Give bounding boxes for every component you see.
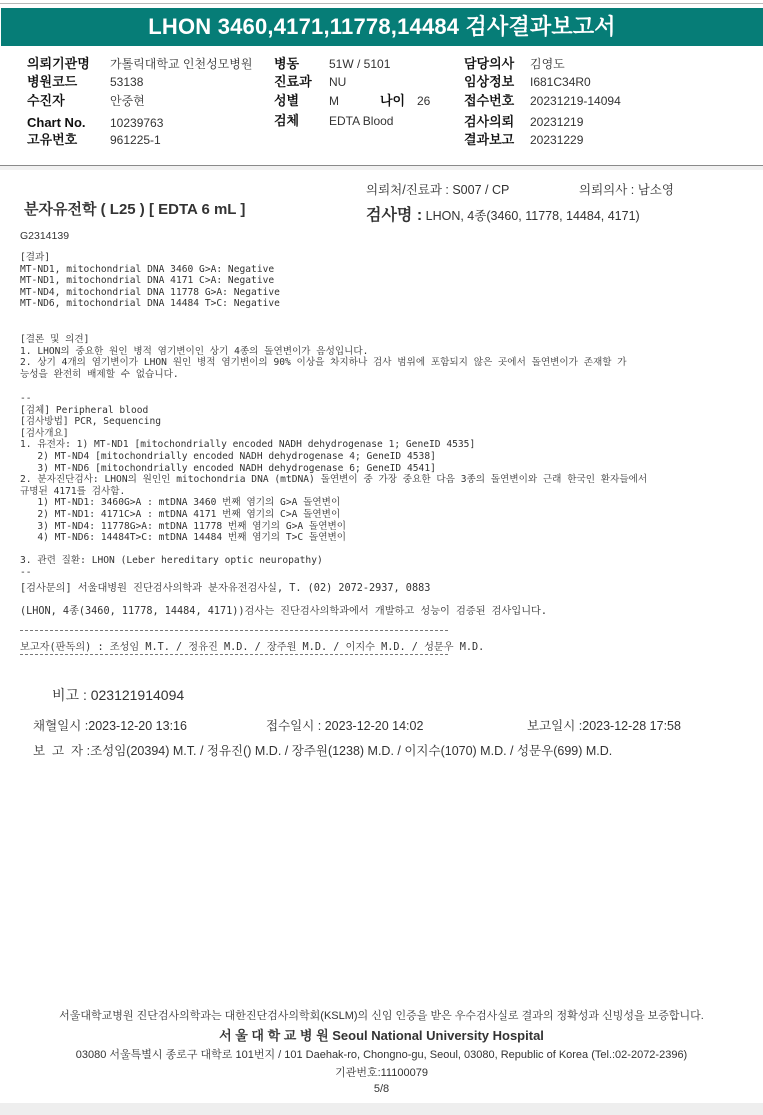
report-value: 2023-12-28 17:58 [582, 719, 681, 733]
test-name: 검사명 : LHON, 4종(3460, 11778, 14484, 4171) [366, 202, 640, 225]
section-title: 분자유전학 ( L25 ) [ EDTA 6 mL ] [24, 198, 245, 219]
report-label: 보고일시 : [527, 719, 582, 733]
results-block: [결과] MT-ND1, mitochondrial DNA 3460 G>A:… [20, 252, 280, 310]
age-value: 26 [417, 92, 430, 110]
method-block: -- [검체] Peripheral blood [검사방법] PCR, Seq… [20, 393, 647, 579]
dashed-line-top [20, 630, 448, 631]
receipt-time: 접수일시 : 2023-12-20 14:02 [266, 716, 423, 734]
department-label: 진료과 [274, 73, 312, 91]
hospital-name: 서 울 대 학 교 병 원 Seoul National University … [0, 1025, 763, 1044]
collection-time: 채혈일시 :2023-12-20 13:16 [33, 716, 187, 734]
specimen-value: EDTA Blood [329, 112, 393, 130]
certification-text: 서울대학교병원 진단검사의학과는 대한진단검사의학회(KSLM)의 신임 인증을… [0, 1007, 763, 1023]
hospital-code-label: 병원코드 [27, 73, 77, 91]
institution-value: 가톨릭대학교 인천성모병원 [110, 55, 252, 73]
dashed-line-bottom [20, 654, 448, 655]
specimen-code: G2314139 [20, 230, 69, 242]
request-date-label: 검사의뢰 [464, 113, 514, 131]
unique-id-value: 961225-1 [110, 131, 161, 149]
validation-line: (LHON, 4종(3460, 11778, 14484, 4171))검사는 … [20, 602, 547, 617]
clinical-info-value: I681C34R0 [530, 73, 591, 91]
sex-value: M [329, 92, 339, 110]
referral-department: 의뢰처/진료과 : S007 / CP [366, 180, 509, 198]
remark-label: 비고 : [52, 687, 87, 703]
report-title: LHON 3460,4171,11778,14484 검사결과보고서 [1, 8, 763, 46]
report-time: 보고일시 :2023-12-28 17:58 [527, 716, 681, 734]
reporter-label: 보 고 자 : [33, 744, 90, 758]
unique-id-label: 고유번호 [27, 131, 77, 149]
institution-label: 의뢰기관명 [27, 55, 90, 73]
test-name-value: LHON, 4종(3460, 11778, 14484, 4171) [422, 209, 640, 223]
chart-no-value: 10239763 [110, 114, 163, 132]
accession-no-value: 20231219-14094 [530, 92, 621, 110]
conclusion-block: [결론 및 의견] 1. LHON의 중요한 원인 병적 염기변이인 상기 4종… [20, 334, 627, 380]
divider-shade [0, 166, 763, 170]
physician-value: 김영도 [530, 55, 565, 73]
age-label: 나이 [380, 92, 405, 110]
patient-value: 안중현 [110, 92, 145, 110]
chart-no-label: Chart No. [27, 114, 86, 132]
sex-label: 성별 [274, 92, 299, 110]
accession-no-label: 접수번호 [464, 92, 514, 110]
department-value: NU [329, 73, 346, 91]
report-date-label: 결과보고 [464, 131, 514, 149]
patient-label: 수진자 [27, 92, 65, 110]
collection-value: 2023-12-20 13:16 [88, 719, 187, 733]
remark-value: 023121914094 [87, 687, 184, 703]
bottom-band [0, 1103, 763, 1115]
reporters-line: 보고자(판독의) : 조성임 M.T. / 정유진 M.D. / 장주원 M.D… [20, 638, 484, 653]
report-date-value: 20231229 [530, 131, 583, 149]
request-date-value: 20231219 [530, 113, 583, 131]
test-name-label: 검사명 : [366, 207, 422, 224]
referral-doctor: 의뢰의사 : 남소영 [579, 180, 674, 198]
ward-label: 병동 [274, 55, 299, 73]
top-border [0, 3, 763, 4]
physician-label: 담당의사 [464, 55, 514, 73]
reporter-line: 보 고 자 :조성임(20394) M.T. / 정유진() M.D. / 장주… [33, 741, 612, 759]
page-number: 5/8 [0, 1083, 763, 1095]
patient-info: 의뢰기관명 가톨릭대학교 인천성모병원 병원코드 53138 수진자 안중현 C… [0, 55, 763, 155]
institution-number: 기관번호:11100079 [0, 1064, 763, 1080]
receipt-value: 2023-12-20 14:02 [321, 719, 423, 733]
reporter-value: 조성임(20394) M.T. / 정유진() M.D. / 장주원(1238)… [90, 744, 612, 758]
hospital-code-value: 53138 [110, 73, 143, 91]
remark-line: 비고 : 023121914094 [52, 685, 184, 705]
ward-value: 51W / 5101 [329, 55, 390, 73]
hospital-address: 03080 서울특별시 종로구 대학로 101번지 / 101 Daehak-r… [0, 1046, 763, 1062]
clinical-info-label: 임상정보 [464, 73, 514, 91]
inquiry-line: [검사문의] 서울대병원 진단검사의학과 분자유전검사실, T. (02) 20… [20, 579, 430, 594]
receipt-label: 접수일시 : [266, 719, 321, 733]
collection-label: 채혈일시 : [33, 719, 88, 733]
specimen-label: 검체 [274, 112, 299, 130]
